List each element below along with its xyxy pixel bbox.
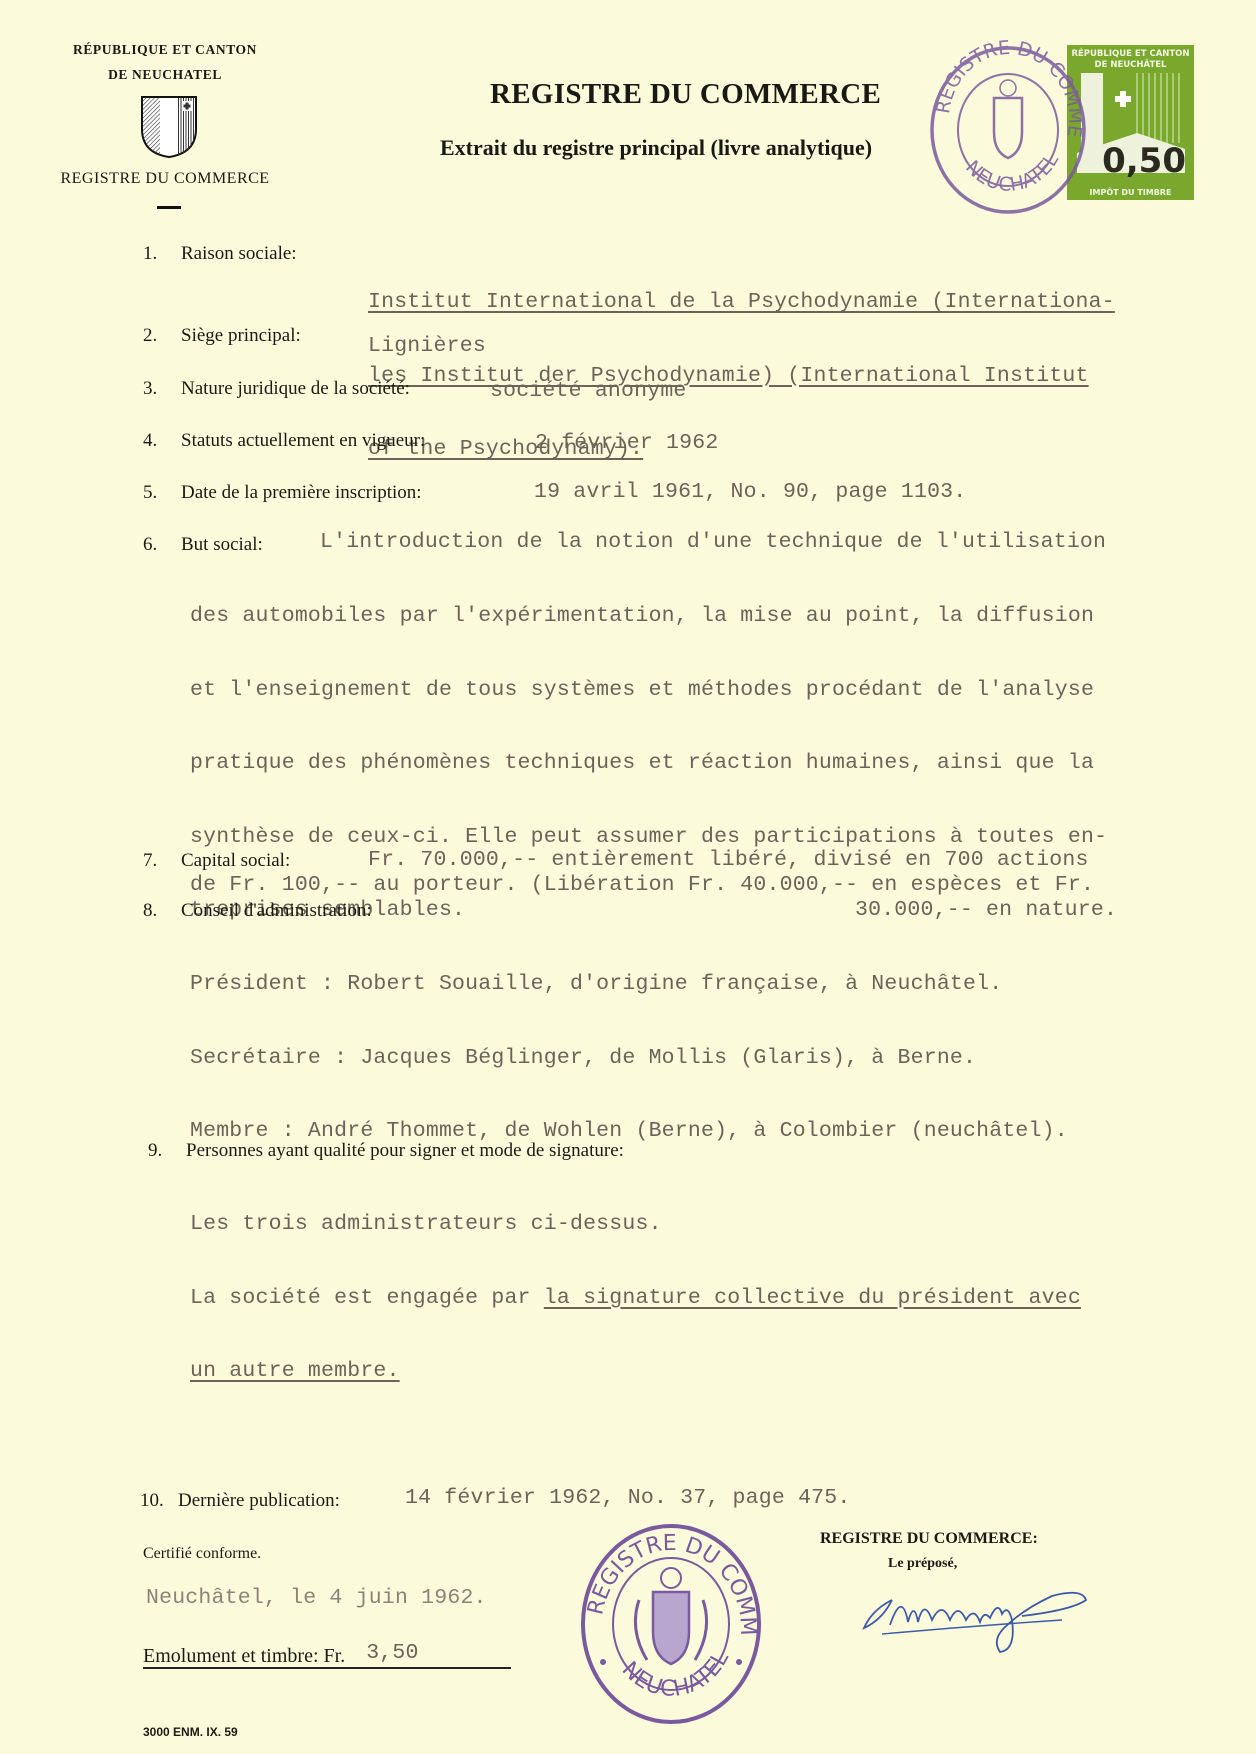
field-label-inscription: 5.Date de la première inscription: <box>143 482 422 504</box>
field-label-siege: 2.Siège principal: <box>143 325 301 347</box>
field-value-capital-line2: de Fr. 100,-- au porteur. (Libération Fr… <box>190 873 1094 898</box>
field-value-statuts: 2 février 1962 <box>535 431 718 456</box>
letterhead-line1: RÉPUBLIQUE ET CANTON <box>35 42 295 58</box>
field-value-raison-sociale: Institut International de la Psychodynam… <box>368 241 1115 486</box>
field-label-capital: 7.Capital social: <box>143 850 290 872</box>
field-value-signature: Les trois administrateurs ci-dessus. La … <box>190 1163 1081 1408</box>
value-line: synthèse de ceux-ci. Elle peut assumer d… <box>190 825 1107 850</box>
field-label-signature: 9.Personnes ayant qualité pour signer et… <box>148 1140 624 1162</box>
letterhead-office: REGISTRE DU COMMERCE <box>35 170 295 188</box>
value-line: La société est engagée par la signature … <box>190 1286 1081 1311</box>
field-label-nature: 3.Nature juridique de la société: <box>143 378 410 400</box>
neuchatel-shield-icon <box>140 95 198 159</box>
field-label: Personnes ayant qualité pour signer et m… <box>186 1140 624 1161</box>
field-value-nature: société anonyme <box>490 379 687 404</box>
field-label: Siège principal: <box>181 325 301 346</box>
field-number: 7. <box>143 850 181 872</box>
field-value-inscription: 19 avril 1961, No. 90, page 1103. <box>534 480 966 505</box>
value-line: des automobiles par l'expérimentation, l… <box>190 604 1107 629</box>
certified-text: Certifié conforme. <box>143 1545 261 1563</box>
field-number: 6. <box>143 534 181 556</box>
tax-stamp-value: 0,50 <box>1102 141 1186 181</box>
field-number: 2. <box>143 325 181 347</box>
page-title: REGISTRE DU COMMERCE <box>490 78 881 111</box>
field-label: Conseil d'administration: <box>181 900 372 921</box>
board-member-president: Président : Robert Souaille, d'origine f… <box>190 972 1068 997</box>
place-date: Neuchâtel, le 4 juin 1962. <box>146 1586 487 1611</box>
fee-label: Emolument et timbre: Fr. <box>143 1645 345 1667</box>
value-line: pratique des phénomènes techniques et ré… <box>190 751 1107 776</box>
value-line: et l'enseignement de tous systèmes et mé… <box>190 678 1107 703</box>
board-member-secretary: Secrétaire : Jacques Béglinger, de Molli… <box>190 1046 1068 1071</box>
field-value-publication: 14 février 1962, No. 37, page 475. <box>405 1486 850 1511</box>
value-line: un autre membre. <box>190 1359 1081 1384</box>
field-number: 10. <box>140 1490 178 1512</box>
field-label-statuts: 4.Statuts actuellement en vigueur: <box>143 430 425 452</box>
value-text: La société est engagée par <box>190 1286 544 1310</box>
field-label: Capital social: <box>181 850 290 871</box>
official-seal-bottom: REGISTRE DU COMMERCE NEUCHATEL <box>577 1520 765 1725</box>
fee-underline <box>143 1667 511 1669</box>
field-number: 3. <box>143 378 181 400</box>
value-text-underlined: la signature collective du président ave… <box>544 1286 1081 1310</box>
letterhead-divider <box>157 206 181 209</box>
value-line: Les trois administrateurs ci-dessus. <box>190 1212 1081 1237</box>
official-seal-top: REGISTRE DU COMMERCE NEUCHATEL <box>928 40 1088 215</box>
fee-value: 3,50 <box>366 1641 418 1665</box>
field-label-raison-sociale: 1.Raison sociale: <box>143 243 297 265</box>
field-label: Dernière publication: <box>178 1490 340 1511</box>
svg-text:REGISTRE DU COMMERCE: REGISTRE DU COMMERCE <box>928 40 1086 139</box>
field-label: But social: <box>181 534 263 555</box>
field-value-but-social-line1: L'introduction de la notion d'une techni… <box>320 530 1106 555</box>
field-number: 8. <box>143 900 181 922</box>
field-label: Statuts actuellement en vigueur: <box>181 430 425 451</box>
field-number: 5. <box>143 482 181 504</box>
field-number: 9. <box>148 1140 186 1162</box>
field-label: Raison sociale: <box>181 243 297 264</box>
fee-line: Emolument et timbre: Fr. 3,50 <box>143 1645 419 1670</box>
field-label-but-social: 6.But social: <box>143 534 263 556</box>
field-label: Date de la première inscription: <box>181 482 422 503</box>
form-code: 3000 ENM. IX. 59 <box>143 1725 238 1739</box>
field-value-capital-line1: Fr. 70.000,-- entièrement libéré, divisé… <box>368 848 1089 873</box>
field-value-siege: Lignières <box>368 334 486 359</box>
handwritten-signature <box>852 1570 1102 1660</box>
field-number: 4. <box>143 430 181 452</box>
signature-office: REGISTRE DU COMMERCE: <box>820 1530 1038 1548</box>
field-number: 1. <box>143 243 181 265</box>
field-label-conseil: 8.Conseil d'administration: <box>143 900 372 922</box>
field-label: Nature juridique de la société: <box>181 378 410 399</box>
value-line: les Institut der Psychodynamie) (Interna… <box>368 364 1115 389</box>
field-value-conseil: Président : Robert Souaille, d'origine f… <box>190 923 1068 1168</box>
value-line: Institut International de la Psychodynam… <box>368 290 1115 315</box>
value-line: of the Psychodynamy). <box>368 437 1115 462</box>
field-value-capital-line3: 30.000,-- en nature. <box>855 898 1117 923</box>
letterhead-line2: DE NEUCHATEL <box>35 67 295 83</box>
page-subtitle: Extrait du registre principal (livre ana… <box>440 135 872 161</box>
field-label-publication: 10.Dernière publication: <box>140 1490 340 1512</box>
